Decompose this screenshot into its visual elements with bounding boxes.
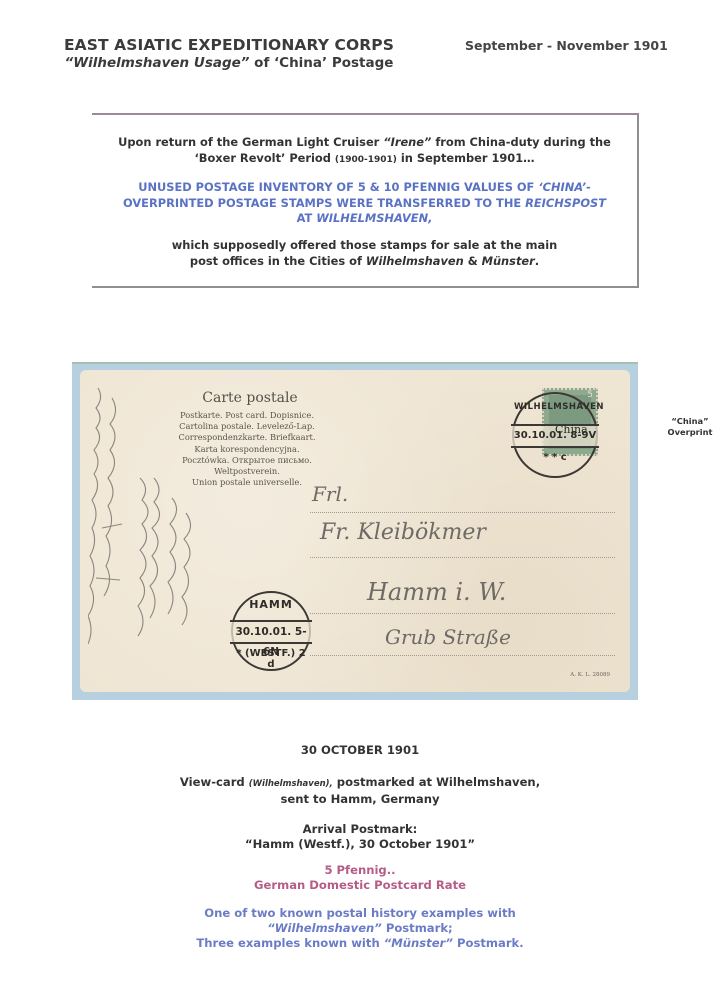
text: “Münster” bbox=[384, 936, 453, 950]
address-line bbox=[310, 512, 615, 513]
subtitle-rest: of ‘China’ Postage bbox=[249, 55, 393, 71]
text: from China-duty during the bbox=[431, 135, 611, 149]
overprint-note: “China” Overprint bbox=[655, 416, 720, 438]
postcard-line: Postkarte. Post card. Dopisnice. bbox=[142, 410, 352, 421]
text: View-card bbox=[180, 775, 249, 789]
text: in September 1901… bbox=[397, 151, 535, 165]
text: UNUSED POSTAGE INVENTORY OF 5 & 10 PFENN… bbox=[138, 180, 538, 194]
text: Overprint bbox=[655, 427, 720, 438]
address-handwriting: Hamm i. W. bbox=[367, 578, 506, 606]
address-handwriting: Frl. bbox=[312, 482, 348, 506]
stamp-value: 5 bbox=[587, 390, 593, 400]
info-paragraph-1: Upon return of the German Light Cruiser … bbox=[92, 135, 637, 168]
text: Postmark. bbox=[453, 936, 524, 950]
hamm-arrival-postmark: HAMM 30.10.01. 5-6N * (WESTF.) 2 d bbox=[231, 591, 311, 671]
address-handwriting: Fr. Kleibökmer bbox=[320, 520, 486, 545]
text: sent to Hamm, Germany bbox=[0, 792, 720, 807]
postmark-date: 30.10.01. 5-6N bbox=[230, 620, 312, 644]
text: Münster bbox=[482, 254, 535, 268]
info-box: Upon return of the German Light Cruiser … bbox=[92, 113, 639, 288]
page-title: EAST ASIATIC EXPEDITIONARY CORPS bbox=[54, 36, 404, 55]
text: Postmark; bbox=[382, 921, 453, 935]
text: “Hamm (Westf.), 30 October 1901” bbox=[0, 837, 720, 852]
postcard-line: Karta korespondencyjna. bbox=[142, 444, 352, 455]
text: which supposedly offered those stamps fo… bbox=[92, 238, 637, 254]
postmark-town: HAMM bbox=[233, 598, 309, 611]
postmark-bottom: * * c bbox=[514, 452, 596, 463]
postcard-line: Weltpostverein. bbox=[142, 466, 352, 477]
text: Wilhelmshaven bbox=[366, 254, 464, 268]
text: ‘Boxer Revolt’ Period bbox=[194, 151, 334, 165]
text: Upon return of the German Light Cruiser bbox=[118, 135, 383, 149]
cover-date: 30 OCTOBER 1901 bbox=[0, 743, 720, 758]
postcard-line: Cartolina postale. Levelező-Lap. bbox=[142, 421, 352, 432]
period-years: (1900-1901) bbox=[335, 155, 397, 165]
text: OVERPRINTED POSTAGE STAMPS WERE TRANSFER… bbox=[123, 196, 525, 210]
text: AT bbox=[297, 211, 317, 225]
text: (Wilhelmshaven), bbox=[249, 779, 333, 789]
subtitle-italic: “Wilhelmshaven Usage” bbox=[65, 55, 250, 71]
text: ‘CHINA’ bbox=[538, 180, 586, 194]
china-overprint: China bbox=[555, 423, 588, 436]
text: post offices in the Cities of bbox=[190, 254, 366, 268]
postcard-line: Correspondenzkarte. Briefkaart. bbox=[142, 432, 352, 443]
postage-rate: 5 Pfennig.. German Domestic Postcard Rat… bbox=[0, 863, 720, 893]
postcard-line: Pocztówka. Открытое письмо. bbox=[142, 455, 352, 466]
publisher-code: A. K. L. 28089 bbox=[570, 672, 610, 678]
info-paragraph-3: which supposedly offered those stamps fo… bbox=[92, 238, 637, 269]
address-line bbox=[310, 557, 615, 558]
postmark-bottom: * (WESTF.) 2 d bbox=[233, 648, 309, 670]
text: & bbox=[464, 254, 482, 268]
text: Three examples known with bbox=[196, 936, 383, 950]
text: “Wilhelmshaven” bbox=[267, 921, 382, 935]
postcard-mount: Carte postale Postkarte. Post card. Dopi… bbox=[72, 362, 638, 700]
postcard-multilingual-lines: Postkarte. Post card. Dopisnice. Cartoli… bbox=[142, 410, 352, 488]
address-line bbox=[310, 655, 615, 656]
text: “China” bbox=[655, 416, 720, 427]
text: . bbox=[535, 254, 539, 268]
text: Arrival Postmark: bbox=[0, 822, 720, 837]
text: 5 Pfennig.. bbox=[0, 863, 720, 878]
cover-description: View-card (Wilhelmshaven), postmarked at… bbox=[0, 775, 720, 807]
address-handwriting: Grub Straße bbox=[385, 625, 511, 649]
text: German Domestic Postcard Rate bbox=[0, 878, 720, 893]
ship-name: “Irene” bbox=[383, 135, 431, 149]
postcard: Carte postale Postkarte. Post card. Dopi… bbox=[80, 370, 630, 692]
text: WILHELMSHAVEN, bbox=[316, 211, 432, 225]
info-paragraph-2: UNUSED POSTAGE INVENTORY OF 5 & 10 PFENN… bbox=[92, 180, 637, 227]
date-range: September - November 1901 bbox=[465, 38, 668, 53]
arrival-postmark-note: Arrival Postmark: “Hamm (Westf.), 30 Oct… bbox=[0, 822, 720, 852]
text: postmarked at Wilhelmshaven, bbox=[333, 775, 540, 789]
postmark-town: WILHELMSHAVEN bbox=[514, 402, 596, 412]
page-subtitle: “Wilhelmshaven Usage” of ‘China’ Postage bbox=[54, 55, 404, 72]
rarity-note: One of two known postal history examples… bbox=[0, 906, 720, 952]
text: One of two known postal history examples… bbox=[0, 906, 720, 921]
address-line bbox=[310, 613, 615, 614]
text: - bbox=[586, 180, 591, 194]
postcard-title: Carte postale bbox=[160, 390, 340, 406]
text: REICHSPOST bbox=[525, 196, 606, 210]
